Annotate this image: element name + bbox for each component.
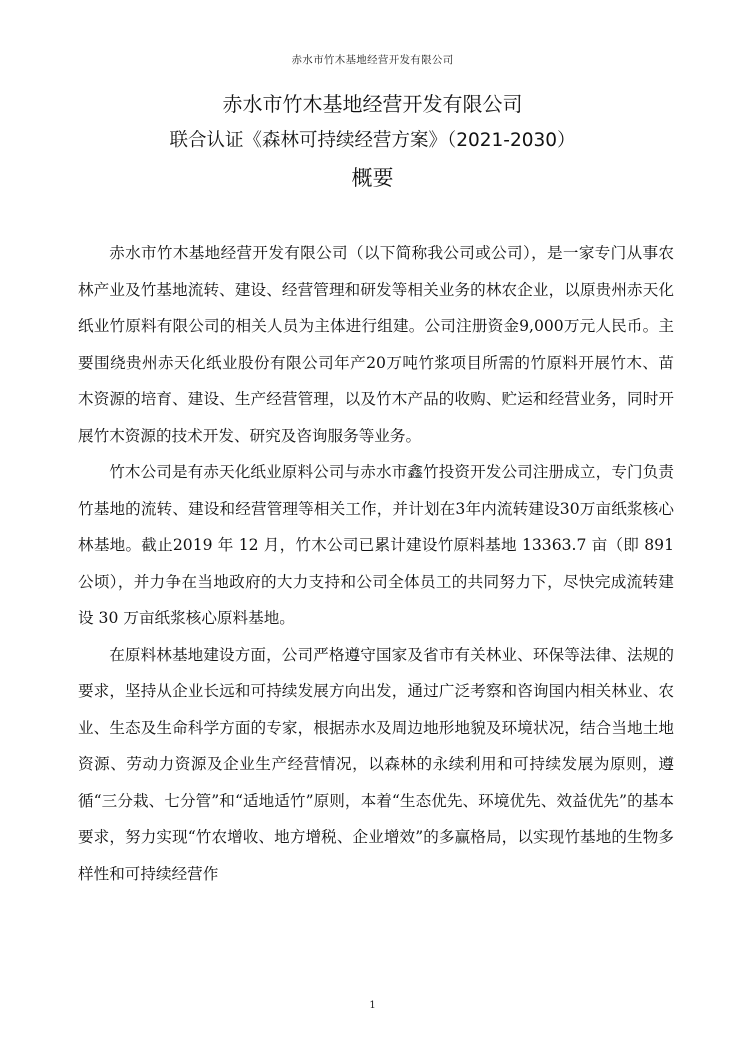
company-title: 赤水市竹木基地经营开发有限公司 — [0, 88, 745, 117]
document-page: 赤水市竹木基地经营开发有限公司 赤水市竹木基地经营开发有限公司 联合认证《森林可… — [0, 0, 745, 1053]
page-number: 1 — [0, 1000, 745, 1011]
section-title: 概要 — [0, 162, 745, 192]
body-text: 赤水市竹木基地经营开发有限公司（以下简称我公司或公司），是一家专门从事农林产业及… — [78, 235, 674, 892]
running-header: 赤水市竹木基地经营开发有限公司 — [0, 52, 745, 67]
document-title: 联合认证《森林可持续经营方案》（2021-2030） — [0, 126, 745, 152]
paragraph-company-setup: 竹木公司是有赤天化纸业原料公司与赤水市鑫竹投资开发公司注册成立，专门负责竹基地的… — [78, 454, 674, 637]
paragraph-base-construction: 在原料林基地建设方面，公司严格遵守国家及省市有关林业、环保等法律、法规的要求，坚… — [78, 637, 674, 893]
paragraph-intro: 赤水市竹木基地经营开发有限公司（以下简称我公司或公司），是一家专门从事农林产业及… — [78, 235, 674, 454]
